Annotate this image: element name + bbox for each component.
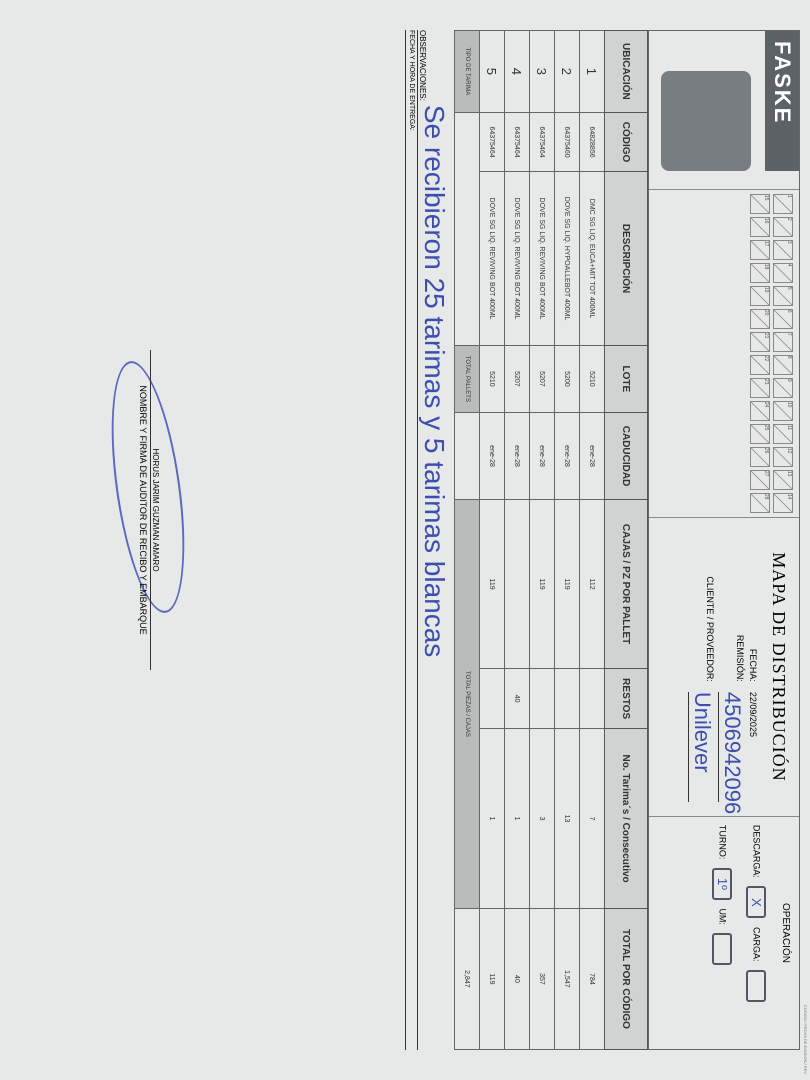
- column-header: LOTE: [605, 345, 648, 412]
- pallet-slot: 17: [750, 240, 770, 260]
- pallet-slot-grid: 1234567891011121314151617181920212223242…: [649, 190, 799, 517]
- cell-caducidad: ene-28: [555, 413, 580, 500]
- cell-descripcion: DOVE SG LIQ. REVIVING BOT 400ML: [505, 172, 530, 345]
- cell-total: 1,547: [555, 908, 580, 1049]
- cell-lote: 5210: [580, 345, 605, 412]
- cell-restos: 40: [505, 669, 530, 729]
- column-header: UBICACIÓN: [605, 31, 648, 113]
- observations-value: Se recibieron 25 tarimas y 5 tarimas bla…: [418, 105, 450, 657]
- pallet-slot: 19: [750, 286, 770, 306]
- pallet-slot: 23: [750, 378, 770, 398]
- cell-ubicacion: 3: [530, 31, 555, 113]
- table-row: 164828856DMC SG LIQ. EUCA+MIT TOT 400ML5…: [580, 31, 605, 1050]
- descarga-checkbox: X: [746, 886, 766, 918]
- descarga-label: DESCARGA:: [752, 825, 762, 878]
- pallet-slot: 14: [773, 493, 793, 513]
- carga-label: CARGA:: [752, 927, 762, 962]
- pallet-slot: 25: [750, 424, 770, 444]
- cliente-value: Unilever: [688, 692, 715, 802]
- cell-tarimas: 13: [555, 729, 580, 909]
- cell-descripcion: DOVE SG LIQ. REVIVING BOT 400ML: [480, 172, 505, 345]
- cell-codigo: 64375464: [480, 112, 505, 172]
- cell-restos: [530, 669, 555, 729]
- cell-caducidad: ene-28: [480, 413, 505, 500]
- pallet-slot: 20: [750, 309, 770, 329]
- grand-total: 2,847: [455, 908, 480, 1049]
- cell-descripcion: DMC SG LIQ. EUCA+MIT TOT 400ML: [580, 172, 605, 345]
- pallet-slot: 16: [750, 217, 770, 237]
- cell-restos: [580, 669, 605, 729]
- pallet-slot: 24: [750, 401, 770, 421]
- cell-total: 784: [580, 908, 605, 1049]
- pallet-slot: 3: [773, 240, 793, 260]
- cell-codigo: 64375464: [505, 112, 530, 172]
- cell-tarimas: 7: [580, 729, 605, 909]
- truck-icon: [661, 71, 751, 171]
- cell-ubicacion: 1: [580, 31, 605, 113]
- column-header: No. Tarima´s / Consecutivo: [605, 729, 648, 909]
- fecha-value: 22/09/2025: [748, 692, 758, 737]
- pallet-slot: 9: [773, 378, 793, 398]
- column-header: CADUCIDAD: [605, 413, 648, 500]
- pallet-slot: 27: [750, 470, 770, 490]
- title-area: MAPA DE DISTRIBUCIÓN FECHA:22/09/2025 RE…: [649, 517, 799, 816]
- pallet-slot: 13: [773, 470, 793, 490]
- cell-total: 119: [480, 908, 505, 1049]
- table-footer: TIPO DE TARIMA TOTAL PALLETS TOTAL PIEZA…: [455, 31, 480, 1050]
- cell-codigo: 64375464: [530, 112, 555, 172]
- remision-value: 4506942096: [718, 692, 745, 802]
- pallet-slot: 12: [773, 447, 793, 467]
- turno-label: TURNO:: [718, 825, 728, 860]
- column-header: CAJAS / PZ POR PALLET: [605, 500, 648, 669]
- cliente-label: CLIENTE / PROVEEDOR:: [688, 532, 715, 692]
- cell-total: 40: [505, 908, 530, 1049]
- distribution-table: UBICACIÓNCÓDIGODESCRIPCIÓNLOTECADUCIDADC…: [454, 30, 648, 1050]
- total-pallets-label: TOTAL PALLETS: [455, 345, 480, 412]
- cell-cajas: 112: [580, 500, 605, 669]
- cell-ubicacion: 2: [555, 31, 580, 113]
- cell-cajas: 119: [530, 500, 555, 669]
- cell-tarimas: 1: [480, 729, 505, 909]
- cell-tarimas: 1: [505, 729, 530, 909]
- pallet-slot: 21: [750, 332, 770, 352]
- table-row: 264375460DOVE SG LIQ. HYPOALLEBOT 400ML5…: [555, 31, 580, 1050]
- cell-caducidad: ene-28: [580, 413, 605, 500]
- cell-descripcion: DOVE SG LIQ. HYPOALLEBOT 400ML: [555, 172, 580, 345]
- pallet-slot: 7: [773, 332, 793, 352]
- cell-restos: [480, 669, 505, 729]
- cell-restos: [555, 669, 580, 729]
- logo-area: FASKE: [649, 31, 799, 190]
- pallet-slot: 4: [773, 263, 793, 283]
- distribution-map-document: CODIGO / FECHA DE EMISION / REV FASKE 12…: [0, 0, 810, 1080]
- pallet-slot: 15: [750, 194, 770, 214]
- pallet-slot: 2: [773, 217, 793, 237]
- cell-ubicacion: 4: [505, 31, 530, 113]
- document-code: CODIGO / FECHA DE EMISION / REV: [803, 1005, 808, 1074]
- um-box: [712, 933, 732, 965]
- document-title: MAPA DE DISTRIBUCIÓN: [768, 532, 789, 802]
- carga-checkbox: [746, 970, 766, 1002]
- brand-logo: FASKE: [765, 31, 799, 171]
- cell-lote: 5207: [530, 345, 555, 412]
- cell-lote: 5210: [480, 345, 505, 412]
- pallet-slot: 6: [773, 309, 793, 329]
- pallet-slot: 18: [750, 263, 770, 283]
- column-header: CÓDIGO: [605, 112, 648, 172]
- pallet-slot: 10: [773, 401, 793, 421]
- pallet-slot: 5: [773, 286, 793, 306]
- table-row: 364375464DOVE SG LIQ. REVIVING BOT 400ML…: [530, 31, 555, 1050]
- cell-cajas: 119: [555, 500, 580, 669]
- auditor-caption: NOMBRE Y FIRMA DE AUDITOR DE RECIBO Y EM…: [138, 350, 151, 670]
- pallet-slot: 28: [750, 493, 770, 513]
- cell-lote: 5207: [505, 345, 530, 412]
- pallet-slot: 22: [750, 355, 770, 375]
- column-header: DESCRIPCIÓN: [605, 172, 648, 345]
- remision-label: REMISIÓN:: [718, 532, 745, 692]
- auditor-signature: HORUS JARIM GUZMAN AMARO NOMBRE Y FIRMA …: [138, 350, 160, 670]
- cell-descripcion: DOVE SG LIQ. REVIVING BOT 400ML: [530, 172, 555, 345]
- pallet-slot: 8: [773, 355, 793, 375]
- operation-title: OPERACIÓN: [780, 825, 791, 1041]
- column-header: RESTOS: [605, 669, 648, 729]
- cell-caducidad: ene-28: [530, 413, 555, 500]
- cell-caducidad: ene-28: [505, 413, 530, 500]
- pallet-slot: 11: [773, 424, 793, 444]
- operation-area: OPERACIÓN DESCARGA: X CARGA: TURNO: 1º U…: [649, 816, 799, 1049]
- turno-box: 1º: [712, 868, 732, 900]
- tipo-tarima-label: TIPO DE TARIMA: [455, 31, 480, 113]
- fecha-label: FECHA:: [748, 532, 758, 692]
- table-row: 464375464DOVE SG LIQ. REVIVING BOT 400ML…: [505, 31, 530, 1050]
- cell-cajas: 119: [480, 500, 505, 669]
- cell-ubicacion: 5: [480, 31, 505, 113]
- observations: OBSERVACIONES: Se recibieron 25 tarimas …: [417, 30, 450, 1050]
- cell-total: 357: [530, 908, 555, 1049]
- cell-codigo: 64375460: [555, 112, 580, 172]
- delivery-date-label: FECHA Y HORA DE ENTREGA:: [405, 30, 417, 1050]
- table-row: 564375464DOVE SG LIQ. REVIVING BOT 400ML…: [480, 31, 505, 1050]
- document-header: FASKE 1234567891011121314151617181920212…: [648, 30, 800, 1050]
- cell-lote: 5200: [555, 345, 580, 412]
- total-piezas-label: TOTAL PIEZAS / CAJAS: [455, 500, 480, 909]
- um-label: UM:: [718, 908, 728, 925]
- cell-codigo: 64828856: [580, 112, 605, 172]
- pallet-slot: 26: [750, 447, 770, 467]
- cell-tarimas: 3: [530, 729, 555, 909]
- pallet-slot: 1: [773, 194, 793, 214]
- observations-label: OBSERVACIONES:: [418, 30, 427, 101]
- auditor-name: HORUS JARIM GUZMAN AMARO: [151, 350, 160, 670]
- cell-cajas: [505, 500, 530, 669]
- column-header: TOTAL POR CÓDIGO: [605, 908, 648, 1049]
